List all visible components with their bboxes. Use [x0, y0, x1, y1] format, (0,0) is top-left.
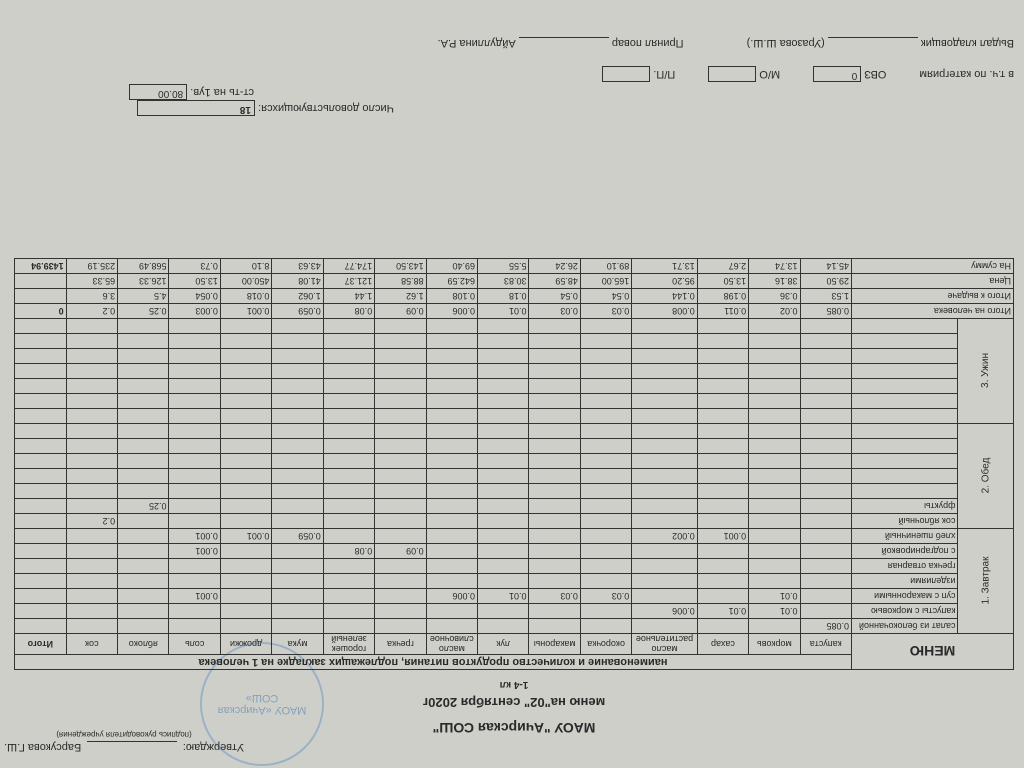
approval-name: Барсукова Г.Ш. — [4, 741, 81, 753]
cell-value — [632, 409, 697, 424]
summary-row: Цена29.5038.1613.5095.20165.0048.5930.83… — [15, 274, 1014, 289]
summary-value: 1.062 — [272, 289, 323, 304]
cell-total — [15, 349, 67, 364]
cell-value — [580, 424, 631, 439]
cell-value — [169, 604, 220, 619]
cell-value — [220, 439, 271, 454]
cell-value — [529, 514, 580, 529]
column-header: макароны — [529, 634, 580, 655]
column-header: гречка — [375, 634, 426, 655]
cell-total — [15, 544, 67, 559]
cell-value — [169, 619, 220, 634]
summary-value: 30.83 — [478, 274, 529, 289]
summary-value: 450.00 — [220, 274, 271, 289]
cell-value — [118, 319, 169, 334]
cell-value — [118, 559, 169, 574]
summary-value: 2.67 — [697, 259, 748, 274]
category-label: в т.ч. по категриям — [919, 68, 1014, 80]
cell-value: 0.006 — [426, 589, 477, 604]
cell-total — [15, 334, 67, 349]
cell-value — [749, 424, 800, 439]
ovz-value: 0 — [813, 66, 861, 82]
cell-value — [169, 559, 220, 574]
cell-value — [66, 619, 117, 634]
menu-item: суп с макаронными — [851, 589, 958, 604]
cell-value — [749, 544, 800, 559]
menu-item — [851, 469, 958, 484]
mo-value — [708, 66, 756, 82]
cell-value — [272, 439, 323, 454]
summary-value: 3.6 — [66, 289, 117, 304]
summary-value: 45.14 — [800, 259, 851, 274]
cell-value — [800, 364, 851, 379]
column-header: сахар — [697, 634, 748, 655]
cell-value — [375, 559, 426, 574]
cell-value — [118, 379, 169, 394]
cell-value — [169, 484, 220, 499]
cell-value — [323, 469, 374, 484]
column-header-total: Итого — [15, 634, 67, 655]
summary-value: 0.01 — [478, 304, 529, 319]
cell-value — [323, 484, 374, 499]
cell-value — [323, 499, 374, 514]
summary-label: На сумму — [851, 259, 1013, 274]
table-row — [15, 439, 1014, 454]
cell-value — [697, 514, 748, 529]
cell-value — [66, 439, 117, 454]
cell-value — [220, 499, 271, 514]
cell-value — [426, 439, 477, 454]
cell-value — [169, 454, 220, 469]
cell-value: 0.25 — [118, 499, 169, 514]
cell-value — [632, 349, 697, 364]
menu-item — [851, 319, 958, 334]
menu-item — [851, 394, 958, 409]
cell-value — [697, 619, 748, 634]
cell-total — [15, 514, 67, 529]
cell-value — [800, 469, 851, 484]
cell-value — [529, 394, 580, 409]
cell-value: 0.01 — [749, 589, 800, 604]
cell-value — [118, 364, 169, 379]
section-label: 1. Завтрак — [958, 529, 1014, 634]
cell-value — [220, 544, 271, 559]
cell-value — [749, 379, 800, 394]
cell-value: 0.01 — [697, 604, 748, 619]
cell-value — [323, 559, 374, 574]
cell-value — [323, 349, 374, 364]
cell-value — [800, 454, 851, 469]
summary-value: 0.03 — [529, 304, 580, 319]
cell-value — [323, 334, 374, 349]
table-row — [15, 394, 1014, 409]
cell-value — [580, 514, 631, 529]
summary-value: 568.49 — [118, 259, 169, 274]
table-row: 3. Ужин — [15, 409, 1014, 424]
section-name: 2. Обед — [980, 458, 991, 494]
cell-value — [66, 334, 117, 349]
cell-value — [66, 469, 117, 484]
cell-value — [220, 319, 271, 334]
cell-value — [478, 319, 529, 334]
cell-value — [66, 394, 117, 409]
cell-value — [323, 424, 374, 439]
menu-item: капусты с морковью — [851, 604, 958, 619]
summary-value: 0.73 — [169, 259, 220, 274]
cell-value — [749, 484, 800, 499]
cell-value — [426, 334, 477, 349]
summary-value: 65.33 — [66, 274, 117, 289]
cell-value — [118, 589, 169, 604]
cell-value — [272, 334, 323, 349]
column-header: дрожжи — [220, 634, 271, 655]
table-row — [15, 469, 1014, 484]
cell-value — [272, 319, 323, 334]
cell-value — [478, 604, 529, 619]
cell-value — [632, 439, 697, 454]
cell-value — [272, 559, 323, 574]
cell-value: 0.001 — [220, 529, 271, 544]
cell-value — [66, 319, 117, 334]
cell-value — [220, 379, 271, 394]
cell-value — [478, 364, 529, 379]
accepted-signature-line — [519, 37, 609, 50]
cell-total — [15, 394, 67, 409]
menu-item: фрукты — [851, 499, 958, 514]
cell-value — [118, 454, 169, 469]
cell-value — [375, 499, 426, 514]
cell-value — [478, 409, 529, 424]
cell-value: 0.006 — [632, 604, 697, 619]
cell-value — [529, 364, 580, 379]
cell-value — [529, 469, 580, 484]
cell-value — [323, 364, 374, 379]
cell-value — [426, 424, 477, 439]
cell-value — [118, 619, 169, 634]
cell-value: 0.01 — [478, 589, 529, 604]
menu-item — [851, 484, 958, 499]
cell-total — [15, 574, 67, 589]
column-header: лук — [478, 634, 529, 655]
cell-value: 0.2 — [66, 514, 117, 529]
cell-value — [169, 439, 220, 454]
column-header: сок — [66, 634, 117, 655]
cell-value — [272, 514, 323, 529]
cell-value — [478, 454, 529, 469]
summary-value: 13.50 — [697, 274, 748, 289]
cell-value — [66, 589, 117, 604]
cell-value — [800, 439, 851, 454]
cell-value — [478, 499, 529, 514]
summary-value: 89.10 — [580, 259, 631, 274]
cell-value — [800, 319, 851, 334]
cell-value — [426, 409, 477, 424]
cell-value: 0.085 — [800, 619, 851, 634]
cell-value — [375, 469, 426, 484]
table-row: 1. Завтраксалат из белокочанной0.085 — [15, 619, 1014, 634]
cell-value — [118, 544, 169, 559]
cell-value — [66, 364, 117, 379]
cell-value — [272, 484, 323, 499]
cell-value — [375, 319, 426, 334]
table-row — [15, 364, 1014, 379]
column-header: масло сливочное — [426, 634, 477, 655]
approval-signature-line — [87, 741, 177, 756]
cell-value — [118, 514, 169, 529]
signatures: Выдал кладовщик (Уразова Ш.Ш.) Принял по… — [14, 37, 1014, 50]
summary-total — [15, 289, 67, 304]
cell-value — [272, 424, 323, 439]
cell-value — [323, 379, 374, 394]
summary-row: Итого к выдаче1.530.360.1980.1440.540.54… — [15, 289, 1014, 304]
cell-value — [478, 334, 529, 349]
cell-value — [800, 394, 851, 409]
eaters-value: 18 — [137, 100, 255, 116]
menu-item — [851, 364, 958, 379]
cell-value — [749, 514, 800, 529]
cell-value — [426, 484, 477, 499]
table-row: капусты с морковью0.010.010.006 — [15, 604, 1014, 619]
cell-value — [478, 559, 529, 574]
cell-value — [697, 544, 748, 559]
cell-value: 0.002 — [632, 529, 697, 544]
cell-value — [66, 379, 117, 394]
cell-total — [15, 439, 67, 454]
cell-value — [580, 349, 631, 364]
table-row — [15, 334, 1014, 349]
summary-value: 0.54 — [529, 289, 580, 304]
cell-value — [169, 514, 220, 529]
cell-value — [632, 559, 697, 574]
cell-value — [375, 484, 426, 499]
cell-value — [580, 619, 631, 634]
column-header: яблоко — [118, 634, 169, 655]
summary-value: 0.059 — [272, 304, 323, 319]
cell-value — [529, 439, 580, 454]
summary-value: 43.63 — [272, 259, 323, 274]
summary-value: 1.44 — [323, 289, 374, 304]
mo-label: М/О — [759, 68, 780, 80]
cell-value — [580, 559, 631, 574]
cell-value — [749, 334, 800, 349]
cell-value — [478, 514, 529, 529]
cell-total — [15, 409, 67, 424]
cell-value — [66, 544, 117, 559]
cell-value — [66, 559, 117, 574]
cell-value: 0.09 — [375, 544, 426, 559]
cell-value — [478, 424, 529, 439]
issued-label: Выдал кладовщик — [921, 37, 1014, 49]
summary-label: Итого на человека — [851, 304, 1013, 319]
cell-value — [580, 484, 631, 499]
ovz-label: ОВЗ — [864, 68, 886, 80]
cell-value — [697, 394, 748, 409]
cell-value: 0.001 — [169, 544, 220, 559]
cell-value — [529, 574, 580, 589]
cell-value — [426, 364, 477, 379]
summary-value: 121.37 — [323, 274, 374, 289]
cell-value — [478, 484, 529, 499]
cell-value — [529, 529, 580, 544]
cell-value — [632, 424, 697, 439]
summary-total: 0 — [15, 304, 67, 319]
cell-value — [529, 334, 580, 349]
pp-value — [602, 66, 650, 82]
summary-value: 0.25 — [118, 304, 169, 319]
summary-value: 165.00 — [580, 274, 631, 289]
cell-value — [323, 619, 374, 634]
cell-value — [169, 349, 220, 364]
summary-value: 0.008 — [632, 304, 697, 319]
summary-value: 13.50 — [169, 274, 220, 289]
cell-value — [697, 319, 748, 334]
summary-row: Итого на человека0.0850.020.0110.0080.03… — [15, 304, 1014, 319]
cell-value — [375, 604, 426, 619]
cell-value — [323, 319, 374, 334]
cell-value — [375, 454, 426, 469]
cell-value — [580, 409, 631, 424]
cell-value — [529, 349, 580, 364]
cell-total — [15, 499, 67, 514]
cell-value — [118, 334, 169, 349]
cell-value — [220, 589, 271, 604]
summary-value: 13.71 — [632, 259, 697, 274]
cell-value — [800, 574, 851, 589]
cell-total — [15, 604, 67, 619]
cell-value — [118, 469, 169, 484]
cell-value — [426, 544, 477, 559]
table-row — [15, 349, 1014, 364]
cell-value — [323, 409, 374, 424]
menu-item — [851, 379, 958, 394]
menu-item: хлеб пшеничный — [851, 529, 958, 544]
summary-value: 1.62 — [375, 289, 426, 304]
cell-value — [529, 409, 580, 424]
cell-value — [272, 454, 323, 469]
summary-value: 1.53 — [800, 289, 851, 304]
cell-total — [15, 619, 67, 634]
cell-value — [529, 319, 580, 334]
summary-value: 0.54 — [580, 289, 631, 304]
approval-label: Утверждаю: — [183, 741, 244, 753]
section-name: 3. Ужин — [980, 354, 991, 389]
cell-value: 0.03 — [529, 589, 580, 604]
cell-total — [15, 379, 67, 394]
cell-value — [272, 349, 323, 364]
cell-value — [375, 619, 426, 634]
summary-label: Цена — [851, 274, 1013, 289]
cell-value: 0.001 — [169, 529, 220, 544]
summary-value: 0.36 — [749, 289, 800, 304]
table-row — [15, 424, 1014, 439]
table-row — [15, 319, 1014, 334]
summary-value: 0.02 — [749, 304, 800, 319]
cell-value — [118, 529, 169, 544]
summary-value: 41.08 — [272, 274, 323, 289]
cell-value — [272, 574, 323, 589]
cell-value — [272, 409, 323, 424]
cell-value — [426, 574, 477, 589]
menu-item — [851, 409, 958, 424]
cell-value — [220, 454, 271, 469]
cell-value — [749, 619, 800, 634]
cell-value — [800, 589, 851, 604]
cell-value — [169, 364, 220, 379]
cell-value — [375, 349, 426, 364]
summary-value: 235.19 — [66, 259, 117, 274]
cell-total — [15, 484, 67, 499]
cell-total — [15, 364, 67, 379]
cell-value — [632, 454, 697, 469]
cell-value — [697, 364, 748, 379]
cell-value — [272, 544, 323, 559]
cell-value — [580, 604, 631, 619]
cell-value — [697, 484, 748, 499]
cell-value — [426, 559, 477, 574]
cell-value — [580, 394, 631, 409]
cell-value — [169, 319, 220, 334]
cell-value — [118, 574, 169, 589]
summary-value: 4.5 — [118, 289, 169, 304]
cell-value — [272, 499, 323, 514]
cell-value — [632, 619, 697, 634]
summary-row: На сумму45.1413.742.6713.7189.1026.245.5… — [15, 259, 1014, 274]
cell-value: 0.03 — [580, 589, 631, 604]
cell-value — [169, 499, 220, 514]
cell-value — [478, 574, 529, 589]
cell-value — [118, 484, 169, 499]
section-label: 3. Ужин — [958, 319, 1014, 424]
column-header: масло растительное — [632, 634, 697, 655]
cell-value — [697, 439, 748, 454]
cell-value — [220, 334, 271, 349]
cell-value — [749, 349, 800, 364]
table-row: фрукты0.25 — [15, 499, 1014, 514]
cell-value — [478, 529, 529, 544]
cell-value: 0.001 — [169, 589, 220, 604]
cell-value — [478, 439, 529, 454]
cell-value — [529, 559, 580, 574]
summary-value: 0.018 — [220, 289, 271, 304]
cell-value — [220, 484, 271, 499]
cell-value — [426, 499, 477, 514]
cell-value — [375, 409, 426, 424]
cell-value — [580, 319, 631, 334]
cell-value — [426, 604, 477, 619]
cell-value — [529, 619, 580, 634]
cell-value — [478, 349, 529, 364]
cell-value — [375, 529, 426, 544]
cell-value — [66, 484, 117, 499]
summary-value: 0.198 — [697, 289, 748, 304]
cell-value — [749, 319, 800, 334]
cell-value — [580, 529, 631, 544]
cell-value — [426, 529, 477, 544]
cell-value — [220, 349, 271, 364]
cell-value — [272, 604, 323, 619]
cell-value — [220, 364, 271, 379]
summary-value: 13.74 — [749, 259, 800, 274]
cell-value — [800, 424, 851, 439]
cell-value: 0.001 — [697, 529, 748, 544]
cell-value — [426, 379, 477, 394]
cell-total — [15, 559, 67, 574]
category-row: в т.ч. по категриям ОВЗ 0 М/О П/П. — [14, 66, 1014, 82]
cell-value — [118, 349, 169, 364]
cell-value — [323, 604, 374, 619]
cell-value — [66, 349, 117, 364]
cell-value — [323, 454, 374, 469]
